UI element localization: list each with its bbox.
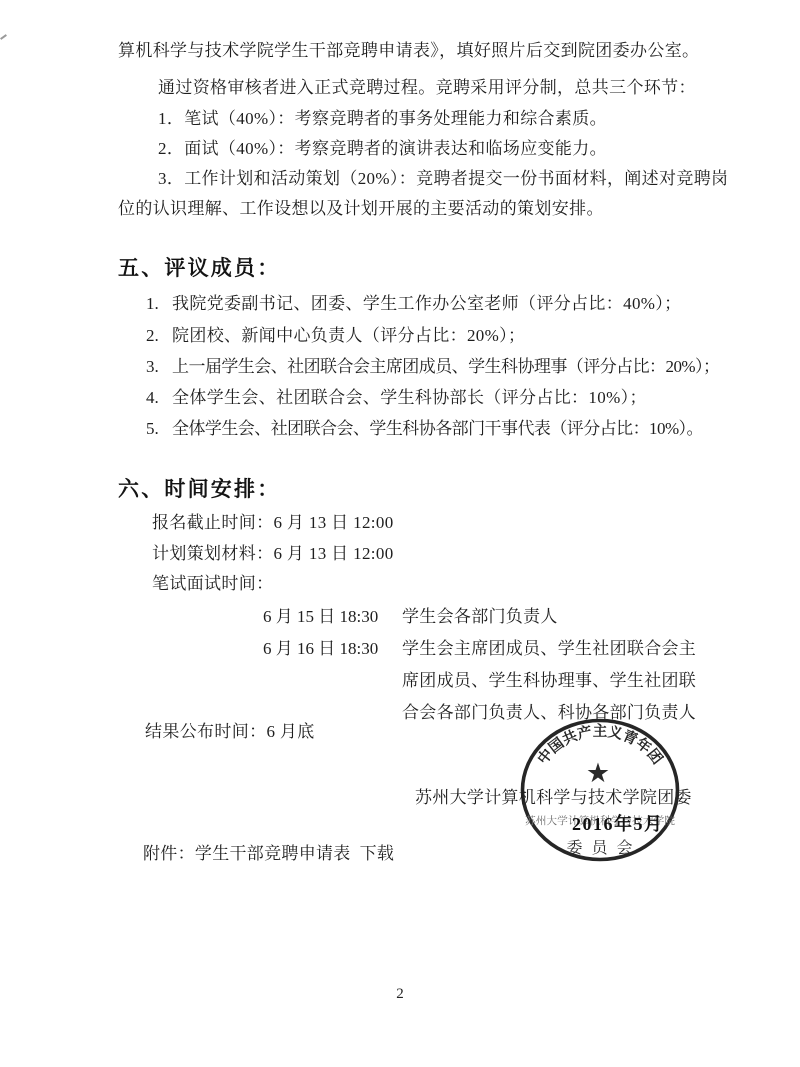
member-item-5: 5.全体学生会、社团联合会、学生科协各部门干事代表（评分占比：10%）。 <box>146 418 703 440</box>
page-number: 2 <box>0 986 800 1003</box>
session-1-desc: 学生会各部门负责人 <box>402 602 558 627</box>
intro-step-2: 2．面试（40%）：考察竞聘者的演讲表达和临场应变能力。 <box>158 138 607 160</box>
member-item-number: 3. <box>146 356 172 378</box>
member-item-4: 4.全体学生会、社团联合会、学生科协部长（评分占比：10%）； <box>146 387 647 409</box>
session-2-time: 6 月 16 日 18:30 <box>263 634 378 659</box>
stamp-bottom-text: 委员会 <box>566 839 641 857</box>
section-5-heading: 五、评议成员： <box>118 252 280 282</box>
member-item-number: 4. <box>146 387 172 409</box>
member-item-text: 院团校、新闻中心负责人（评分占比：20%）； <box>172 326 525 345</box>
member-item-text: 上一届学生会、社团联合会主席团成员、学生科协理事（评分占比：20%）； <box>172 357 719 376</box>
member-item-1: 1.我院党委副书记、团委、学生工作办公室老师（评分占比：40%）； <box>146 293 682 315</box>
member-item-text: 全体学生会、社团联合会、学生科协部长（评分占比：10%）； <box>172 388 647 407</box>
member-item-text: 我院党委副书记、团委、学生工作办公室老师（评分占比：40%）； <box>172 294 682 313</box>
intro-step-3-line-2: 位的认识理解、工作设想以及计划开展的主要活动的策划安排。 <box>118 198 604 220</box>
schedule-materials: 计划策划材料：6 月 13 日 12:00 <box>152 543 394 565</box>
member-item-number: 1. <box>146 293 172 315</box>
session-2-desc-line-2: 席团成员、学生科协理事、学生社团联 <box>402 666 696 691</box>
attachment-download-link: 下载 <box>360 844 395 863</box>
member-item-3: 3.上一届学生会、社团联合会主席团成员、学生科协理事（评分占比：20%）； <box>146 356 719 378</box>
signature-date: 2016年5月 <box>572 810 664 836</box>
scan-artifact <box>0 34 7 40</box>
session-2-desc-line-1: 学生会主席团成员、学生社团联合会主 <box>402 634 696 659</box>
schedule-exam-label: 笔试面试时间： <box>152 573 273 595</box>
intro-step-3-line-1: 3．工作计划和活动策划（20%）：竞聘者提交一份书面材料，阐述对竞聘岗 <box>158 168 728 190</box>
session-1-time: 6 月 15 日 18:30 <box>263 602 378 627</box>
attachment-line: 附件：学生干部竞聘申请表下载 <box>143 839 394 864</box>
intro-line-2: 通过资格审核者进入正式竞聘过程。竞聘采用评分制，总共三个环节： <box>158 77 696 99</box>
member-item-number: 2. <box>146 325 172 347</box>
member-item-2: 2.院团校、新闻中心负责人（评分占比：20%）； <box>146 325 525 347</box>
member-item-text: 全体学生会、社团联合会、学生科协各部门干事代表（评分占比：10%）。 <box>172 419 703 438</box>
signature-org: 苏州大学计算机科学与技术学院团委 <box>415 783 692 808</box>
intro-step-1: 1．笔试（40%）：考察竞聘者的事务处理能力和综合素质。 <box>158 108 607 130</box>
intro-line-1: 算机科学与技术学院学生干部竞聘申请表》，填好照片后交到院团委办公室。 <box>118 40 699 62</box>
schedule-result: 结果公布时间：6 月底 <box>145 721 315 743</box>
document-page: 算机科学与技术学院学生干部竞聘申请表》，填好照片后交到院团委办公室。 通过资格审… <box>0 0 800 1067</box>
member-item-number: 5. <box>146 418 172 440</box>
section-6-heading: 六、时间安排： <box>118 473 280 503</box>
attachment-label: 附件：学生干部竞聘申请表 <box>143 844 351 863</box>
schedule-deadline: 报名截止时间：6 月 13 日 12:00 <box>152 512 394 534</box>
